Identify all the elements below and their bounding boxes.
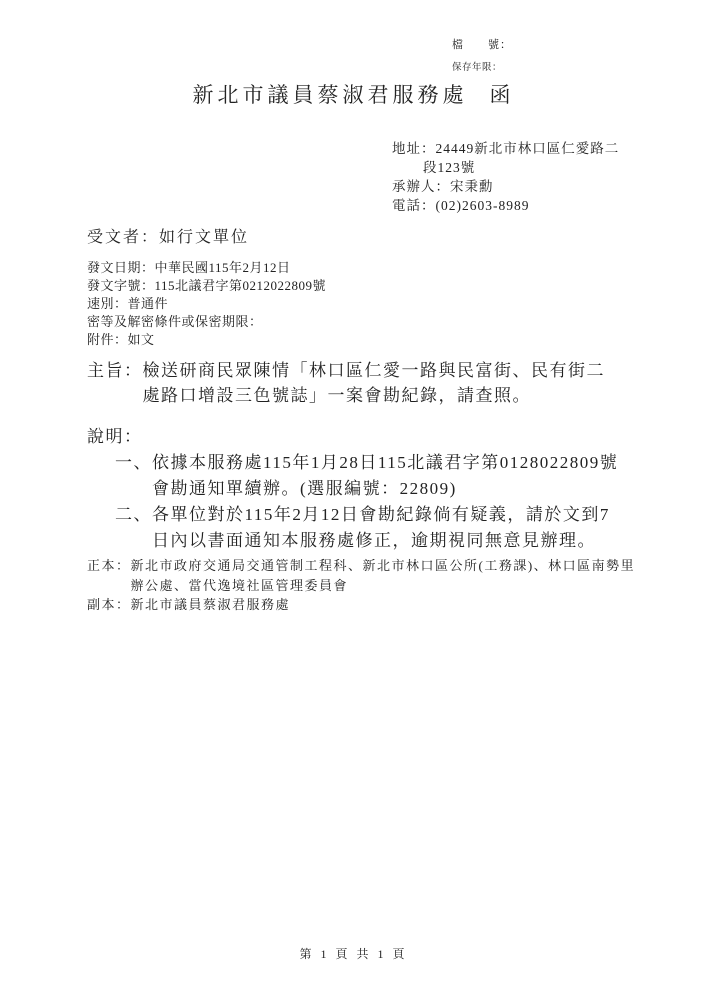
- recipient-value: 如行文單位: [159, 229, 249, 246]
- document-type: 函: [490, 83, 515, 107]
- carbon-copy-row: 副本： 新北市議員蔡淑君服務處: [87, 595, 646, 615]
- explanation-label: 說明：: [87, 424, 624, 450]
- subject-label: 主旨：: [87, 358, 143, 383]
- contact-person: 承辦人：宋秉勳: [392, 177, 619, 196]
- file-number-block: 檔 號： 保存年限：: [452, 38, 512, 74]
- recipient-line: 受文者：如行文單位: [87, 227, 249, 249]
- explanation-item-1-number: 一、: [115, 450, 152, 476]
- speed-line: 速別：普通件: [87, 295, 326, 313]
- attachment-line: 附件：如文: [87, 331, 326, 349]
- file-number-label: 檔 號：: [452, 38, 512, 52]
- carbon-copy-recipients: 新北市議員蔡淑君服務處: [131, 595, 646, 615]
- distribution-block: 正本： 新北市政府交通局交通管制工程科、新北市林口區公所(工務課)、林口區南勢里…: [87, 556, 646, 615]
- carbon-copy-label: 副本：: [87, 595, 131, 615]
- subject-section: 主旨： 檢送研商民眾陳情「林口區仁愛一路與民富街、民有街二處路口增設三色號誌」一…: [87, 358, 611, 408]
- subject-text: 檢送研商民眾陳情「林口區仁愛一路與民富街、民有街二處路口增設三色號誌」一案會勘紀…: [143, 358, 611, 408]
- address-line-1: 地址：24449新北市林口區仁愛路二: [392, 139, 619, 158]
- doc-number-line: 發文字號：115北議君字第0212022809號: [87, 277, 326, 295]
- official-letter-page: 檔 號： 保存年限： 新北市議員蔡淑君服務處函 地址：24449新北市林口區仁愛…: [0, 0, 707, 1000]
- explanation-item-1-text: 依據本服務處115年1月28日115北議君字第0128022809號會勘通知單續…: [152, 450, 624, 502]
- explanation-items: 一、 依據本服務處115年1月28日115北議君字第0128022809號會勘通…: [115, 450, 624, 554]
- contact-block: 地址：24449新北市林口區仁愛路二 段123號 承辦人：宋秉勳 電話：(02)…: [392, 139, 619, 215]
- explanation-item-2-text: 各單位對於115年2月12日會勘紀錄倘有疑義，請於文到7日內以書面通知本服務處修…: [152, 502, 624, 554]
- explanation-item-2: 二、 各單位對於115年2月12日會勘紀錄倘有疑義，請於文到7日內以書面通知本服…: [115, 502, 624, 554]
- meta-block: 發文日期：中華民國115年2月12日 發文字號：115北議君字第02120228…: [87, 259, 326, 349]
- explanation-section: 說明： 一、 依據本服務處115年1月28日115北議君字第0128022809…: [87, 424, 624, 554]
- original-copy-label: 正本：: [87, 556, 131, 576]
- explanation-item-2-number: 二、: [115, 502, 152, 528]
- page-number-footer: 第 1 頁 共 1 頁: [0, 945, 707, 962]
- issuing-org-name: 新北市議員蔡淑君服務處: [193, 83, 468, 107]
- security-line: 密等及解密條件或保密期限：: [87, 313, 326, 331]
- issue-date-line: 發文日期：中華民國115年2月12日: [87, 259, 326, 277]
- contact-phone: 電話：(02)2603-8989: [392, 196, 619, 215]
- retention-period-label: 保存年限：: [452, 62, 512, 74]
- address-line-2: 段123號: [392, 158, 619, 177]
- recipient-label: 受文者：: [87, 229, 159, 246]
- document-title: 新北市議員蔡淑君服務處函: [0, 80, 707, 110]
- original-copy-recipients: 新北市政府交通局交通管制工程科、新北市林口區公所(工務課)、林口區南勢里辦公處、…: [131, 556, 646, 595]
- original-copy-row: 正本： 新北市政府交通局交通管制工程科、新北市林口區公所(工務課)、林口區南勢里…: [87, 556, 646, 595]
- explanation-item-1: 一、 依據本服務處115年1月28日115北議君字第0128022809號會勘通…: [115, 450, 624, 502]
